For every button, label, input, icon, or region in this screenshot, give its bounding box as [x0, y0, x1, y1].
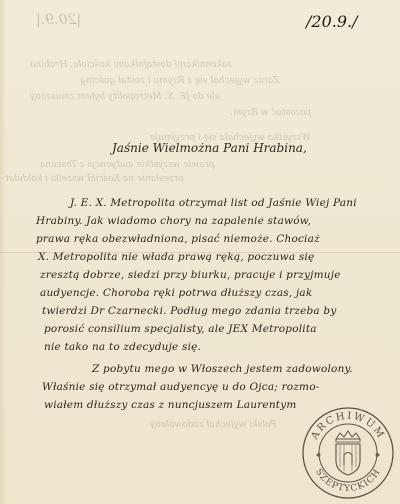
archive-stamp: ARCHIWUM SZEPTYCKICH ✱ ✱	[300, 405, 396, 501]
svg-text:✱: ✱	[316, 452, 321, 459]
letter-line: Z pobytu mego w Włoszech jestem zadowolo…	[92, 363, 353, 375]
letter-line: X. Metropolita nie włada prawą ręką, poc…	[38, 251, 314, 263]
letter-line: zresztą dobrze, siedzi przy biurku, prac…	[40, 269, 341, 281]
archive-stamp-icon: ARCHIWUM SZEPTYCKICH ✱ ✱	[300, 405, 396, 501]
bleed-through-line: zakonnikami dostojnikami kościoła, Hrabi…	[30, 60, 232, 70]
letter-line: audyencje. Choroba ręki potrwa dłuższy c…	[40, 287, 312, 299]
reference-number: /20.9./	[306, 12, 358, 31]
bleed-through-line: przesłanie na Kościół wszelki i kaldidat	[5, 174, 184, 184]
letter-line: J. E. X. Metropolita otrzymał list od Ja…	[70, 197, 357, 209]
bleed-through-line: Zaraz wyjechał się z Rzymu i został gośc…	[80, 76, 279, 86]
svg-text:ARCHIWUM: ARCHIWUM	[309, 411, 387, 443]
letter-line: porosić consilium specjalisty, ale JEX M…	[44, 323, 317, 335]
bleed-through-line: pozostać w Rzym.	[230, 108, 311, 118]
bleed-through-line: prawie wszystkie audyencyi z Toscana	[40, 160, 215, 170]
bleed-through-line: ale do JE. X. Metropolity byłem zmuszony	[30, 92, 220, 102]
letter-line: nie tako na to zdecyduje się.	[44, 341, 201, 353]
letter-line: wiałem dłuższy czas z nuncjuszem Laurent…	[44, 399, 297, 411]
faint-reference-number: |20.9.|	[36, 12, 81, 28]
letter-line: twierdzi Dr Czarnecki. Podług mego zdani…	[42, 305, 336, 317]
svg-text:✱: ✱	[375, 452, 380, 459]
letter-salutation: Jaśnie Wielmożna Pani Hrabina,	[112, 141, 307, 155]
bleed-through-line: Polski wyjechał zadowolony	[150, 420, 276, 430]
letter-line: Właśnie się otrzymał audyencyę u do Ojca…	[42, 381, 319, 393]
letter-line: Hrabiny. Jak wiadomo chory na zapalenie …	[36, 215, 311, 227]
letter-line: prawa ręka obezwładniona, pisać niemoże.…	[36, 233, 320, 245]
